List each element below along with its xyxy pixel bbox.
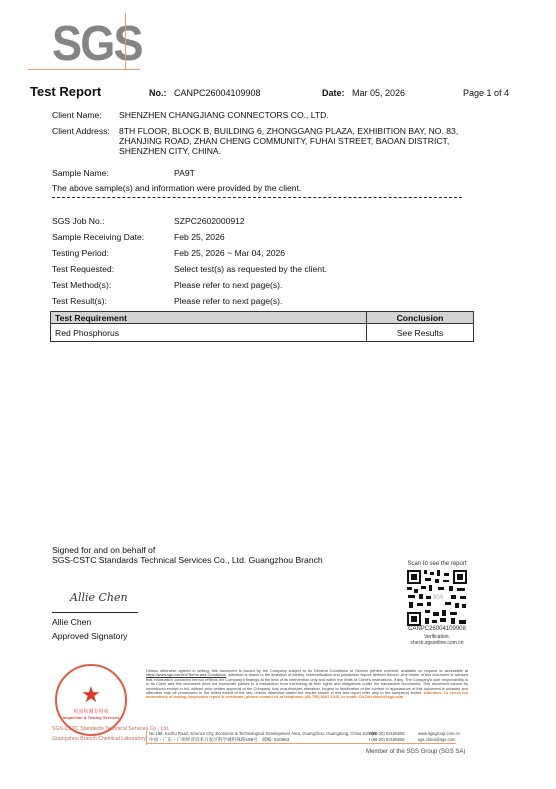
report-no: CANPC26004109908 (174, 88, 261, 98)
page-indicator: Page 1 of 4 (463, 88, 509, 98)
signatory-name: Allie Chen (52, 617, 91, 627)
detail-value: SZPC2602000912 (174, 216, 245, 226)
table-header-row: Test Requirement Conclusion (51, 312, 474, 324)
client-address-line: SHENZHEN CITY, CHINA. (119, 146, 221, 156)
qr-report-number: CANPC26004109908 (397, 626, 477, 632)
column-header-conclusion: Conclusion (367, 312, 474, 324)
website-link[interactable]: www.sgsgroup.com.cn (418, 731, 460, 736)
member-statement: Member of the SGS Group (SGS SA) (366, 749, 465, 755)
seal-english-text: Inspection & Testing Services (57, 715, 125, 720)
logo-vertical-rule (125, 13, 126, 69)
client-address-label: Client Address: (52, 126, 110, 136)
qr-code[interactable]: SGS (405, 568, 469, 628)
verification-url[interactable]: check.sgsonline.com.cn (397, 640, 477, 646)
detail-value: Select test(s) as requested by the clien… (174, 264, 327, 274)
detail-label: Testing Period: (52, 248, 109, 258)
sample-name-label: Sample Name: (52, 168, 109, 178)
seal-chinese-text: 检验检测专用章 (57, 708, 125, 715)
handwritten-signature: Allie Chen (70, 591, 128, 604)
signatory-title: Approved Signatory (52, 631, 127, 641)
client-address-line: ZHANJING ROAD, ZHAN CHENG COMMUNITY, FUH… (119, 136, 449, 146)
detail-label: Test Method(s): (52, 280, 111, 290)
detail-label: Test Result(s): (52, 296, 107, 306)
sample-name: PA9T (174, 168, 195, 178)
star-icon: ★ (57, 684, 125, 706)
detail-value: Please refer to next page(s). (174, 296, 282, 306)
report-date: Mar 05, 2026 (352, 88, 405, 98)
column-header-requirement: Test Requirement (51, 312, 367, 324)
conclusion-cell: See Results (367, 324, 474, 342)
detail-value: Feb 25, 2026 ~ Mar 04, 2026 (174, 248, 285, 258)
report-no-label: No.: (149, 88, 167, 98)
sgs-logo: SGS (28, 14, 140, 70)
email-link[interactable]: sgs.china@sgs.com (418, 737, 456, 742)
client-name: SHENZHEN CHANGJIANG CONNECTORS CO., LTD. (119, 110, 329, 120)
client-address-line: 8TH FLOOR, BLOCK B, BUILDING 6, ZHONGGAN… (119, 126, 458, 136)
signed-on-behalf: Signed for and on behalf of (52, 545, 155, 555)
seal-lab-line: Guangzhou Branch Chemical Laboratory. (52, 734, 147, 744)
date-label: Date: (322, 88, 345, 98)
detail-label: Sample Receiving Date: (52, 232, 144, 242)
phone-1: t (86-20) 82155555 (369, 731, 405, 736)
report-header: Test Report No.: CANPC26004109908 Date: … (30, 87, 530, 103)
phone-2: t (86-20) 82155555 (369, 737, 405, 742)
client-name-label: Client Name: (52, 110, 102, 120)
requirement-cell: Red Phosphorus (51, 324, 367, 342)
footer-rule (146, 743, 456, 744)
svg-text:SGS: SGS (433, 595, 444, 601)
qr-code-icon: SGS (405, 568, 469, 628)
qr-caption: Scan to see the report (397, 561, 477, 567)
detail-label: SGS Job No.: (52, 216, 105, 226)
address-english: No.198, Kezhu Road, Science City, Econom… (149, 731, 377, 736)
detail-value: Feb 25, 2026 (174, 232, 225, 242)
table-row: Red Phosphorus See Results (51, 324, 474, 342)
signature-line (52, 612, 138, 613)
dashed-divider (52, 197, 462, 198)
sample-provided-note: The above sample(s) and information were… (52, 183, 301, 193)
results-table: Test Requirement Conclusion Red Phosphor… (50, 311, 474, 342)
report-title: Test Report (30, 84, 101, 99)
signing-company: SGS-CSTC Standards Technical Services Co… (52, 555, 323, 565)
logo-text: SGS (52, 16, 142, 72)
detail-value: Please refer to next page(s). (174, 280, 282, 290)
logo-horizontal-rule (28, 69, 140, 70)
legal-disclaimer: Unless otherwise agreed in writing, this… (146, 669, 468, 700)
detail-label: Test Requested: (52, 264, 114, 274)
